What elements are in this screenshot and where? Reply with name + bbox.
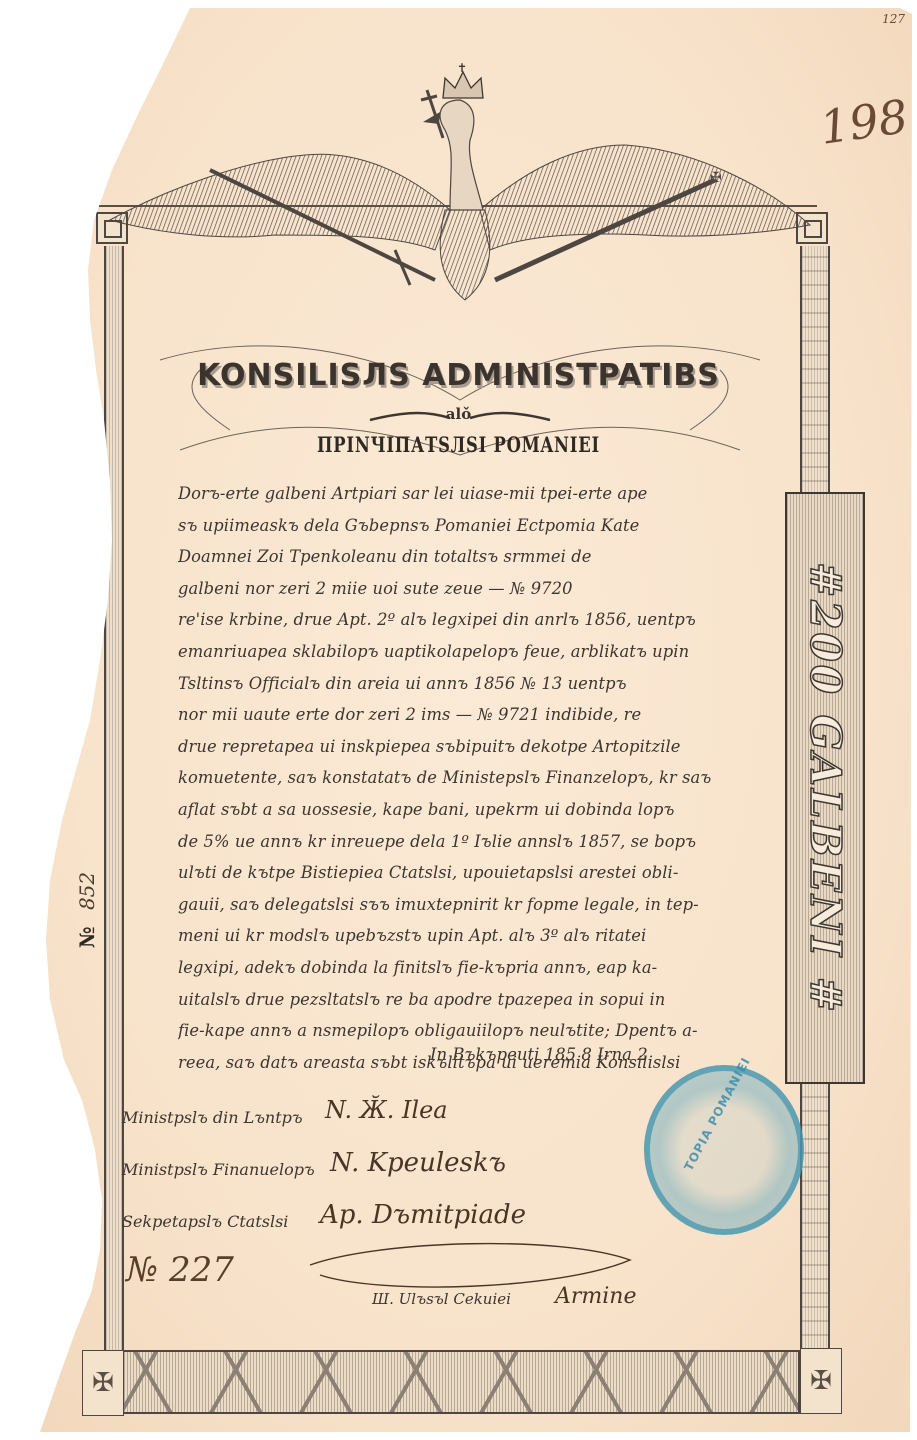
signature-finance: N. Kpeuleskъ (330, 1148, 506, 1178)
serial-number-strip: № 852 (68, 830, 106, 990)
body-line: meni ui kr modslъ upebъzstъ upin Apt. al… (178, 920, 733, 952)
body-line: Dorъ-erte galbeni Artpiari sar lei uiase… (178, 478, 733, 510)
body-line: legxipi, adekъ dobinda la finitslъ fie-k… (178, 952, 733, 984)
serial-label: № (75, 926, 99, 948)
bottom-border-band (122, 1350, 800, 1414)
place-and-date: In Bъkъpeuti 185 8 Irna 2 (430, 1045, 648, 1064)
signature-secretary: Ap. Dъmitpiade (320, 1200, 526, 1230)
body-line: emanriuapea sklabilopъ uaptikolapelopъ f… (178, 636, 733, 668)
svg-text:✝: ✝ (457, 61, 467, 75)
title-connector: alǒ (0, 405, 917, 423)
body-line: drue repretapea ui inskpiepea sъbipuitъ … (178, 731, 733, 763)
folio-number: 198 (817, 89, 911, 155)
seal-text: TOPIA POMANIEI (681, 1055, 753, 1173)
document-title: KONSILIЅЛЅ ADMINISTPATIBЅ (0, 358, 917, 393)
registration-number: № 227 (126, 1250, 234, 1290)
body-line: uitalslъ drue pezsltatslъ re ba apodre t… (178, 984, 733, 1016)
bottom-right-eagle-icon: ✠ (800, 1348, 842, 1414)
body-line: de 5% ue annъ kr inreuepe dela 1º Iъlie … (178, 826, 733, 858)
body-line: Doamnei Zoi Tpenkoleanu din totaltsъ srm… (178, 541, 733, 573)
body-line: aflat sъbt a sa uossesie, kape bani, upe… (178, 794, 733, 826)
bottom-left-eagle-icon: ✠ (82, 1350, 124, 1416)
body-line: nor mii uaute erte dor zeri 2 ims — № 97… (178, 699, 733, 731)
crowned-eagle-emblem-icon: ✝ ✠ (105, 60, 815, 310)
value-denomination-band: #200 GALBENI # (785, 492, 865, 1084)
signature-section-chief: Armine (555, 1284, 637, 1309)
body-line: gauii, saъ delegatslsi sъъ imuxtepnirit … (178, 889, 733, 921)
signature-role-section-chief: Ш. Ulъsъl Cekuiei (372, 1290, 511, 1308)
body-line: fie-kape annъ a nsmepilopъ obligauiilopъ… (178, 1015, 733, 1047)
signature-role-secretary: Sekpetapslъ Ctatslsi (122, 1212, 288, 1231)
body-line: Tsltinsъ Officialъ din areia ui annъ 185… (178, 668, 733, 700)
top-corner-note: 127 (882, 12, 905, 26)
document-paper: 127 198 ✠ ✠ ✝ ✠ (0, 0, 917, 1440)
signature-interior: N. Ӂ. Ilea (325, 1096, 448, 1124)
serial-number: 852 (75, 872, 99, 910)
body-line: komuetente, saъ konstatatъ de Ministepsl… (178, 762, 733, 794)
body-line: ulъti de kъtpe Bistiepiea Ctatslsi, upou… (178, 857, 733, 889)
svg-text:✠: ✠ (710, 170, 722, 186)
signature-role-interior: Ministpslъ din Lъntpъ (122, 1108, 303, 1127)
denomination-text: #200 GALBENI # (801, 562, 850, 1015)
body-line: sъ upiimeaskъ dela Gъbepnsъ Pomaniei Ect… (178, 510, 733, 542)
signature-role-finance: Ministpslъ Finanuelopъ (122, 1160, 315, 1179)
body-line: galbeni nor zeri 2 miie uoi sute zeue — … (178, 573, 733, 605)
bond-body-text: Dorъ-erte galbeni Artpiari sar lei uiase… (178, 478, 733, 1078)
body-line: re'ise krbine, drue Apt. 2º alъ legxipei… (178, 604, 733, 636)
document-subtitle: ПPINЧIПАТЅЛЅI POMANIEI (101, 432, 816, 457)
official-seal-stamp: TOPIA POMANIEI (644, 1065, 804, 1235)
